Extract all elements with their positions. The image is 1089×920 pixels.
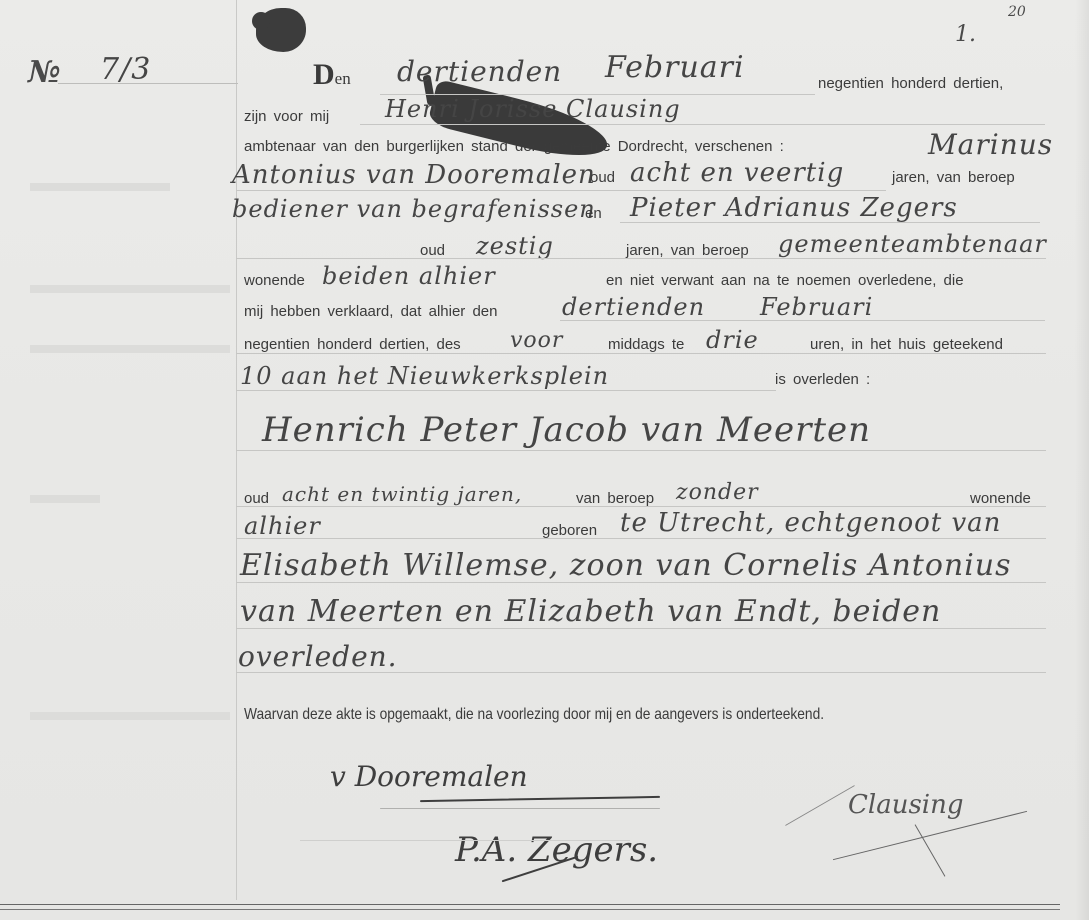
death-month: Februari [760,293,873,321]
declarant2-name: Pieter Adrianus Zegers [630,193,958,223]
wonende-label: wonende [970,490,1031,507]
geboren-label: geboren [542,522,597,539]
death-address: 10 aan het Nieuwkerksplein [240,362,609,390]
deceased-age: acht en twintig jaren, [282,482,522,506]
form-rule [560,320,1045,321]
oud-label: oud [244,490,269,507]
ink-blot [256,8,306,52]
year-text: negentien honderd dertien, [818,75,1003,92]
time-of-day: voor [510,328,563,353]
form-rule [236,390,776,391]
form-rule [236,628,1046,629]
van-beroep-label: van beroep [576,490,654,507]
bleed-through-text [30,345,230,353]
form-rule [236,506,1046,507]
declarants-residence: beiden alhier [322,262,496,290]
bleed-through-text [30,183,170,191]
bottom-rule [0,909,1060,910]
closing-statement: Waarvan deze akte is opgemaakt, die na v… [244,706,824,724]
signature-dooremalen: v Dooremalen [330,760,528,793]
form-rule [620,222,1040,223]
deceased-residence: alhier [244,512,321,540]
form-rule [236,353,1046,354]
oud-label: oud [420,242,445,259]
declarant2-age: zestig [476,232,554,260]
declarant1-first: Marinus [928,128,1053,161]
bottom-rule [0,904,1060,905]
declarant1-age: acht en veertig [630,158,844,188]
register-number: 7/3 [100,52,151,87]
parents-status: overleden. [238,640,398,673]
folio-superscript: 20 [1008,4,1026,20]
year-des-text: negentien honderd dertien, des [244,336,461,353]
death-day: dertienden [562,293,705,321]
signature-flourish [785,785,855,826]
form-rule [236,450,1046,451]
den-label: Den [313,58,351,92]
signature-flourish [420,796,660,802]
bleed-through-text [30,495,100,503]
oud-label: oud [590,169,615,186]
official-title-text: ambtenaar van den burgerlijken stand der… [244,138,784,155]
signature-flourish [380,808,660,809]
uren-huis-text: uren, in het huis geteekend [810,336,1003,353]
niet-verwant-text: en niet verwant aan na te noemen overled… [606,272,964,289]
form-rule [236,258,1046,259]
jaren-beroep-label: jaren, van beroep [626,242,749,259]
form-rule [360,124,1045,125]
parents-line: van Meerten en Elizabeth van Endt, beide… [240,594,941,629]
document-page: № 7/3 1. 20 Den dertienden Februari nege… [0,0,1089,920]
register-number-rule [58,83,238,84]
is-overleden-label: is overleden : [775,371,870,388]
en-label: en [585,205,602,222]
deceased-name: Henrich Peter Jacob van Meerten [262,410,871,450]
spouse-line: Elisabeth Willemse, zoon van Cornelis An… [240,548,1012,583]
bleed-through-text [30,285,230,293]
jaren-beroep-label: jaren, van beroep [892,169,1015,186]
birthplace-spouse: te Utrecht, echtgenoot van [620,508,1001,538]
signature-clausing: Clausing [848,790,964,820]
form-rule [236,538,1046,539]
form-rule [236,672,1046,673]
wonende-label: wonende [244,272,305,289]
bleed-through-text [30,712,230,720]
deceased-occupation: zonder [676,480,759,505]
folio-number: 1. [955,22,976,47]
signature-line [300,840,630,841]
verklaard-text: mij hebben verklaard, dat alhier den [244,303,497,320]
date-month: Februari [605,50,745,85]
declarant1-occupation: bediener van begrafenissen [232,195,596,223]
zijn-voor-mij: zijn voor mij [244,108,329,125]
register-number-label: № [28,55,61,90]
middags-te-label: middags te [608,336,684,353]
declarant1-name: Antonius van Dooremalen [232,160,596,190]
declarant2-occupation: gemeenteambtenaar [778,230,1047,258]
form-rule [236,582,1046,583]
date-day: dertienden [397,55,562,88]
form-rule [236,190,886,191]
hour: drie [706,326,759,354]
page-edge-shadow [1075,0,1089,920]
official-name: Henri Jorisse Clausing [385,95,681,123]
